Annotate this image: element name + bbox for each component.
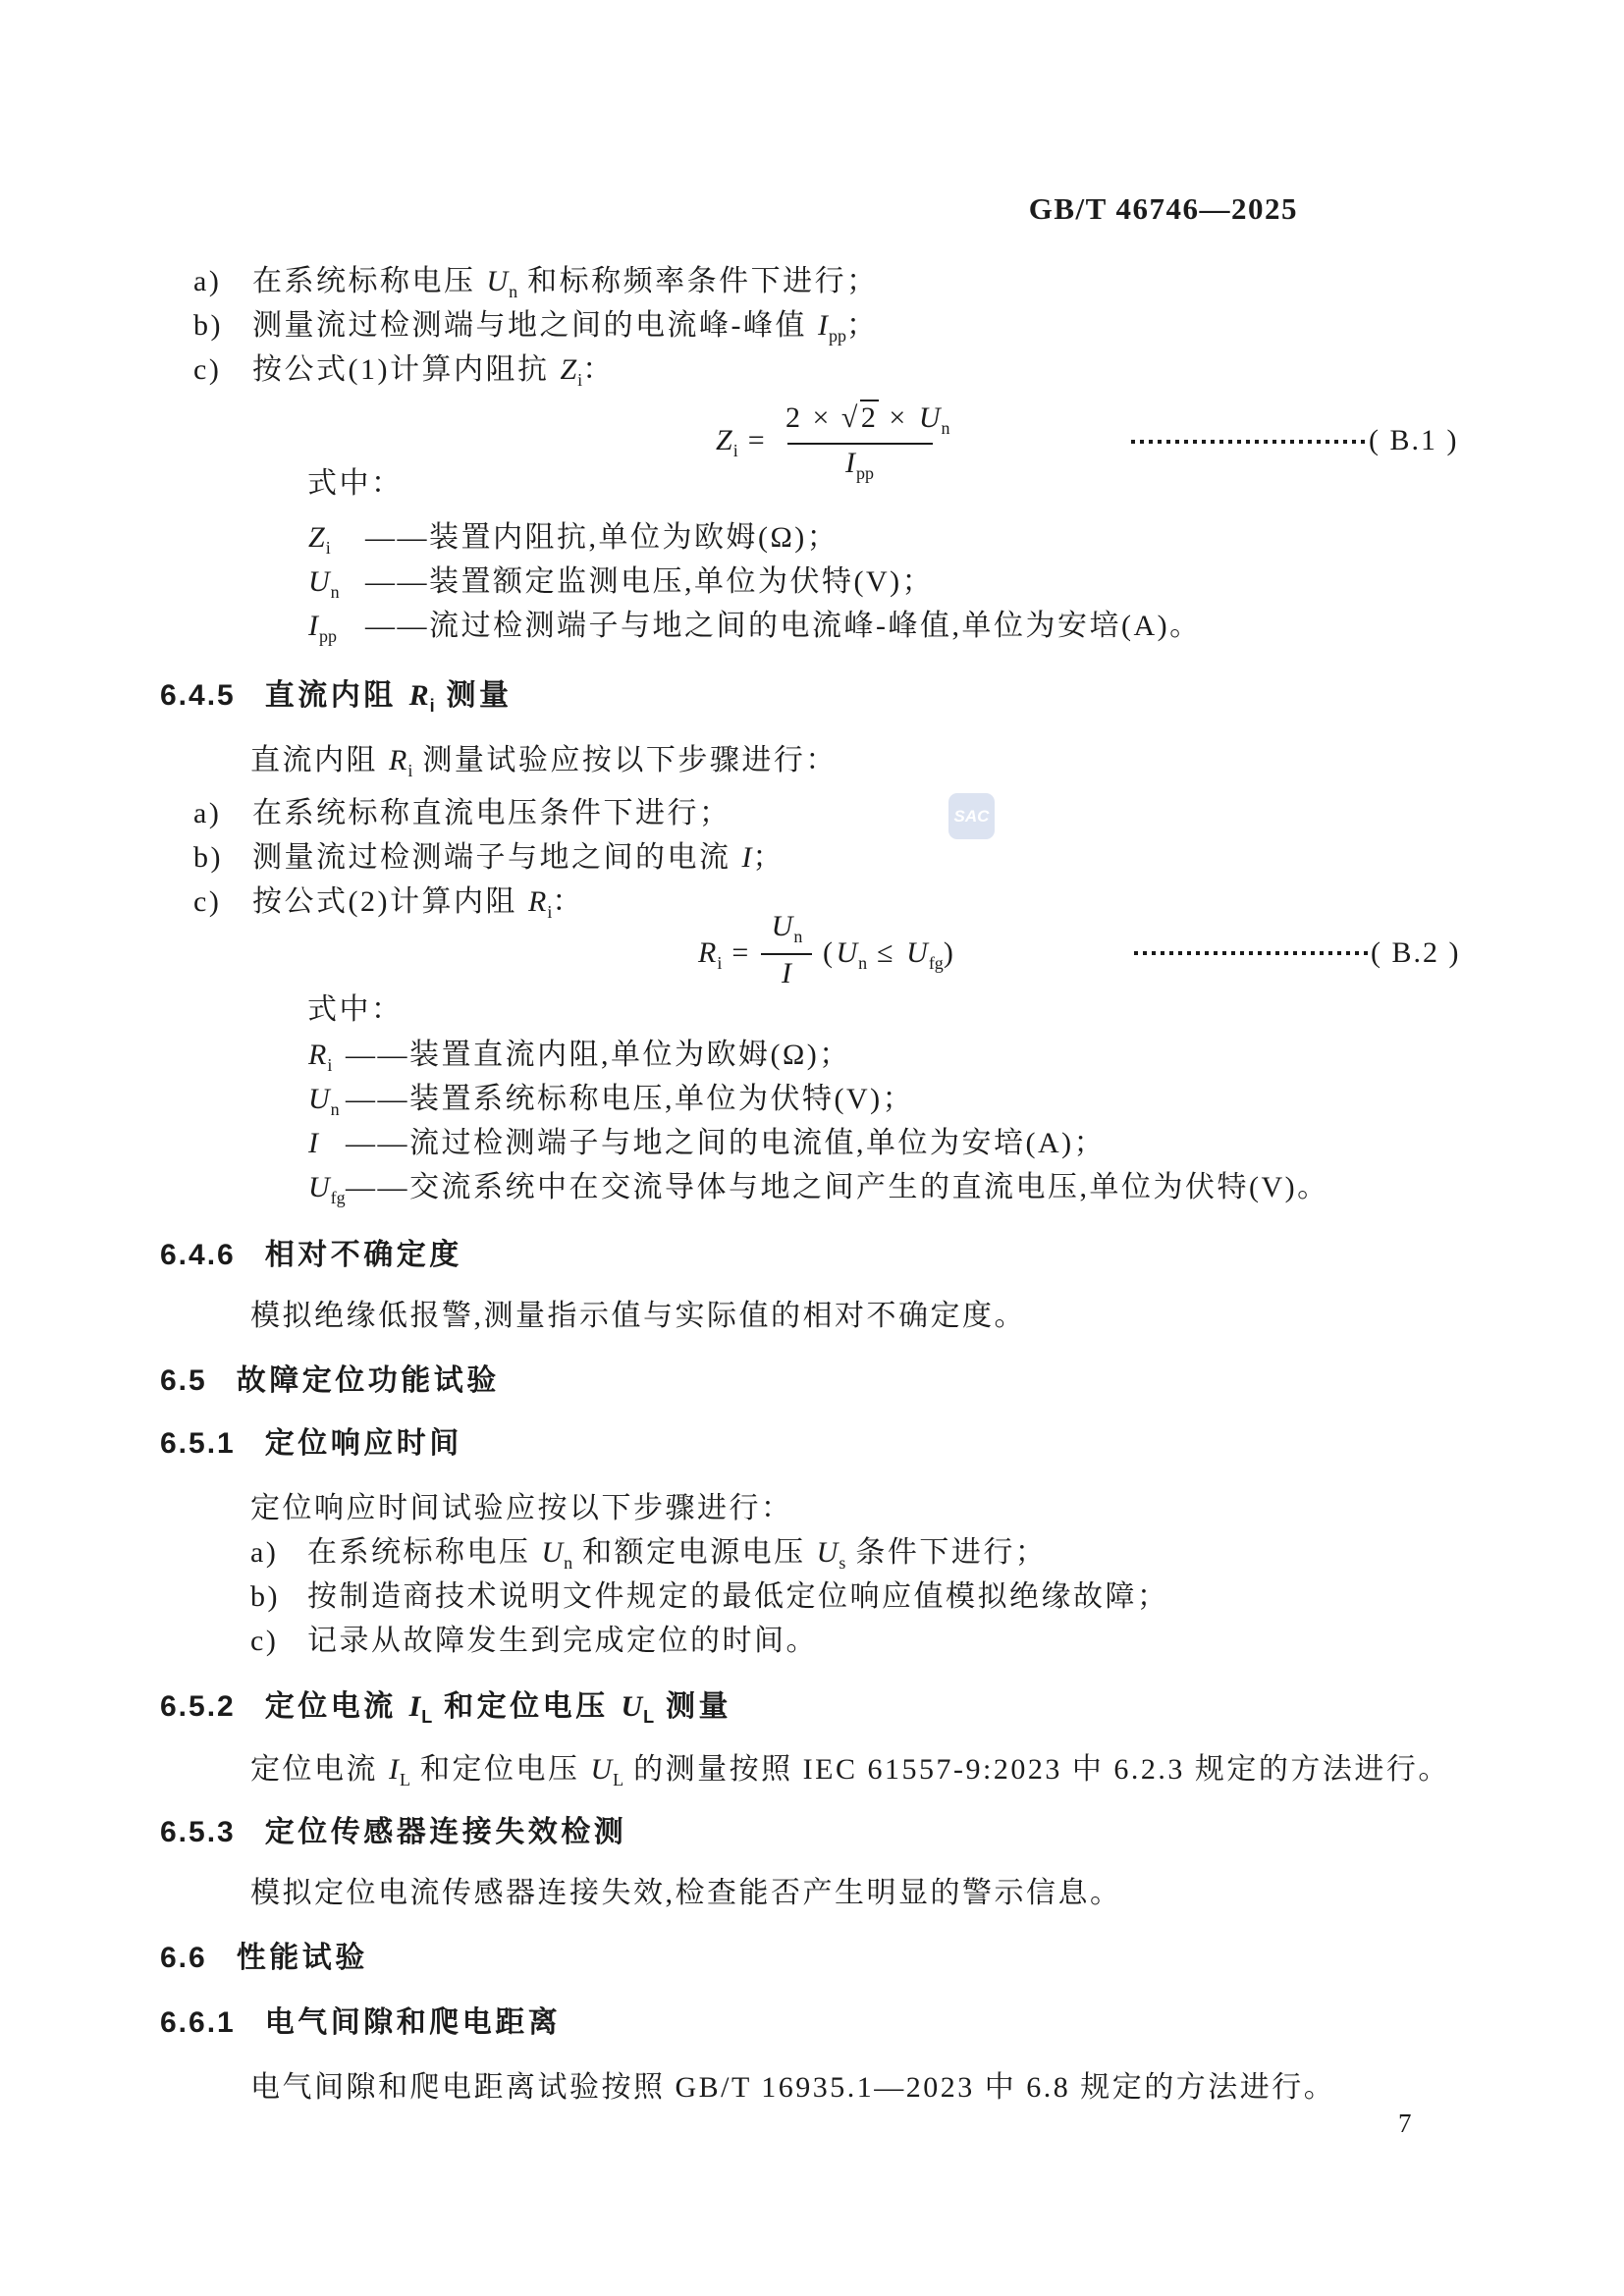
where-intro: 式中： xyxy=(307,993,404,1027)
section-number: 6.4.5 xyxy=(160,679,236,713)
list-item-text: 在系统标称电压 Un 和额定电源电压 Us 条件下进行； xyxy=(307,1536,1047,1570)
section-heading-6-4-5: 6.4.5直流内阻 Ri 测量 xyxy=(160,679,512,713)
formula-lhs: Zi = xyxy=(715,424,767,457)
fraction-numerator: 2 × √2 × Un xyxy=(785,401,933,435)
list-item-label: a) xyxy=(193,797,221,830)
section-number: 6.5.3 xyxy=(160,1816,236,1849)
where-intro: 式中： xyxy=(307,467,404,501)
def-symbol: Ufg xyxy=(307,1171,346,1204)
formula-b2: Ri = Un I (Un ≤ Ufg) ( B.2 ) xyxy=(0,908,1624,987)
sac-watermark: SAC xyxy=(948,793,995,839)
list-item-text: 按制造商技术说明文件规定的最低定位响应值模拟绝缘故障； xyxy=(307,1580,1169,1614)
sac-watermark-text: SAC xyxy=(954,807,990,827)
list-item-label: a) xyxy=(250,1536,278,1570)
list-item-label: a) xyxy=(193,265,221,298)
list-item-text: 记录从故障发生到完成定位的时间。 xyxy=(307,1625,818,1658)
section-title: 相对不确定度 xyxy=(265,1239,462,1271)
dot-leader xyxy=(1131,440,1365,444)
def-symbol: Zi xyxy=(307,521,331,555)
fraction-numerator: Un xyxy=(759,910,814,943)
list-item-text: 在系统标称电压 Un 和标称频率条件下进行； xyxy=(252,265,879,298)
fraction-denominator: I xyxy=(759,957,814,990)
dot-leader xyxy=(1134,951,1368,955)
fraction-denominator: Ipp xyxy=(785,447,933,480)
def-description: ——装置额定监测电压,单位为伏特(V)； xyxy=(365,565,934,599)
def-symbol: Un xyxy=(307,565,340,599)
section-number: 6.4.6 xyxy=(160,1239,236,1272)
section-number: 6.5.1 xyxy=(160,1427,236,1461)
list-item-label: c) xyxy=(193,353,221,387)
paragraph-6-4-5: 直流内阻 Ri 测量试验应按以下步骤进行： xyxy=(250,744,838,777)
formula-condition: (Un ≤ Ufg) xyxy=(823,936,955,970)
section-number: 6.5.2 xyxy=(160,1690,236,1724)
page-number: 7 xyxy=(1398,2107,1412,2140)
section-heading-6-5-2: 6.5.2定位电流 IL 和定位电压 UL 测量 xyxy=(160,1690,731,1724)
list-item-label: b) xyxy=(250,1580,280,1614)
section-title: 性能试验 xyxy=(237,1942,368,1974)
paragraph-6-5-3: 模拟定位电流传感器连接失效,检查能否产生明显的警示信息。 xyxy=(250,1877,1122,1910)
def-description: ——流过检测端子与地之间的电流峰-峰值,单位为安培(A)。 xyxy=(365,610,1202,643)
section-heading-6-6: 6.6性能试验 xyxy=(160,1942,368,1975)
def-symbol: Ri xyxy=(307,1039,332,1072)
def-symbol: Un xyxy=(307,1083,340,1116)
def-symbol: I xyxy=(307,1127,319,1160)
section-heading-6-6-1: 6.6.1电气间隙和爬电距离 xyxy=(160,2006,561,2040)
list-item-label: b) xyxy=(193,841,223,875)
section-number: 6.5 xyxy=(160,1364,207,1398)
list-item-text: 测量流过检测端与地之间的电流峰-峰值 Ipp； xyxy=(252,309,879,343)
list-item-text: 在系统标称直流电压条件下进行； xyxy=(252,797,731,830)
section-title: 定位响应时间 xyxy=(265,1427,462,1460)
paragraph-6-4-6: 模拟绝缘低报警,测量指示值与实际值的相对不确定度。 xyxy=(250,1300,1026,1333)
standard-number-header: GB/T 46746—2025 xyxy=(1029,192,1298,226)
list-item-text: 测量流过检测端子与地之间的电流 I； xyxy=(252,841,785,875)
def-symbol: Ipp xyxy=(307,610,337,643)
list-item-label: b) xyxy=(193,309,223,343)
section-title: 直流内阻 Ri 测量 xyxy=(265,679,513,712)
formula-number: ( B.1 ) xyxy=(1369,424,1459,457)
list-item-label: c) xyxy=(250,1625,278,1658)
section-heading-6-5-3: 6.5.3定位传感器连接失效检测 xyxy=(160,1816,626,1849)
section-number: 6.6.1 xyxy=(160,2006,236,2040)
def-description: ——装置内阻抗,单位为欧姆(Ω)； xyxy=(365,521,839,555)
def-description: ——流过检测端子与地之间的电流值,单位为安培(A)； xyxy=(346,1127,1106,1160)
section-heading-6-4-6: 6.4.6相对不确定度 xyxy=(160,1239,462,1272)
section-heading-6-5: 6.5故障定位功能试验 xyxy=(160,1364,500,1398)
document-page: SAC GB/T 46746—2025 a) 在系统标称电压 Un 和标称频率条… xyxy=(0,0,1624,2296)
section-number: 6.6 xyxy=(160,1942,207,1975)
list-item-text: 按公式(1)计算内阻抗 Zi： xyxy=(252,353,615,387)
section-heading-6-5-1: 6.5.1定位响应时间 xyxy=(160,1427,462,1461)
formula-number: ( B.2 ) xyxy=(1371,936,1461,970)
section-title: 电气间隙和爬电距离 xyxy=(265,2006,562,2039)
fraction-bar xyxy=(787,443,933,445)
def-description: ——装置系统标称电压,单位为伏特(V)； xyxy=(346,1083,914,1116)
formula-b1: Zi = 2 × √2 × Un Ipp ( B.1 ) xyxy=(0,397,1624,487)
section-title: 定位传感器连接失效检测 xyxy=(265,1816,627,1848)
paragraph-6-6-1: 电气间隙和爬电距离试验按照 GB/T 16935.1—2023 中 6.8 规定… xyxy=(250,2071,1335,2105)
section-title: 定位电流 IL 和定位电压 UL 测量 xyxy=(265,1690,731,1723)
formula-lhs: Ri = xyxy=(697,936,751,970)
paragraph-6-5-2: 定位电流 IL 和定位电压 UL 的测量按照 IEC 61557-9:2023 … xyxy=(250,1753,1450,1787)
paragraph-6-5-1: 定位响应时间试验应按以下步骤进行： xyxy=(250,1492,793,1525)
section-title: 故障定位功能试验 xyxy=(237,1364,500,1397)
fraction-bar xyxy=(761,953,812,955)
def-description: ——交流系统中在交流导体与地之间产生的直流电压,单位为伏特(V)。 xyxy=(346,1171,1329,1204)
def-description: ——装置直流内阻,单位为欧姆(Ω)； xyxy=(346,1039,851,1072)
